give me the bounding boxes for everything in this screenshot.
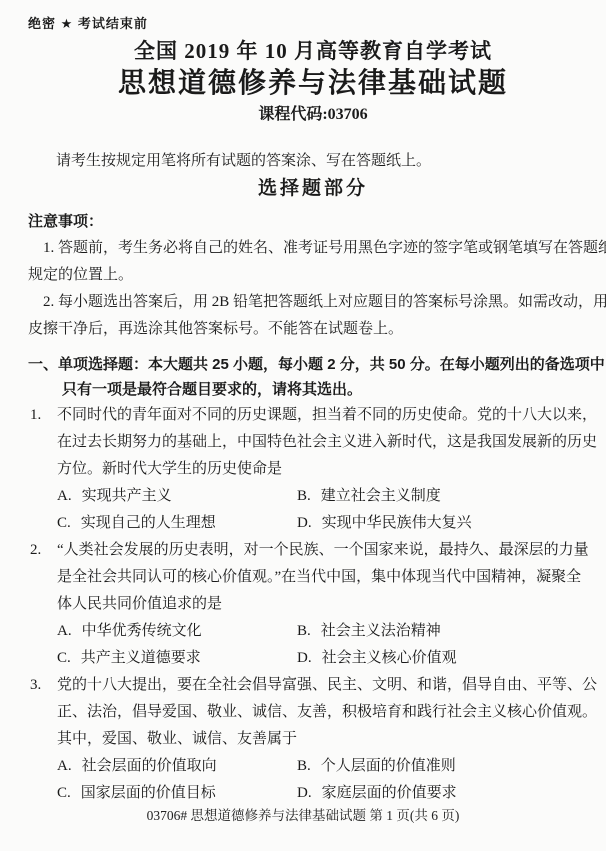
- question-1-line-3: 方位。新时代大学生的历史使命是: [28, 456, 598, 483]
- option-text: 实现自己的人生理想: [81, 515, 216, 531]
- question-1-option-B: B.建立社会主义制度: [297, 483, 441, 510]
- option-text: 共产主义道德要求: [81, 650, 201, 666]
- part-title: 选择题部分: [28, 176, 598, 202]
- notes-heading: 注意事项：: [28, 208, 598, 235]
- preamble-text: 请考生按规定用笔将所有试题的答案涂、写在答题纸上。: [28, 148, 598, 175]
- option-label: C.: [57, 515, 71, 531]
- note-2-line-2: 皮擦干净后，再选涂其他答案标号。不能答在试题卷上。: [28, 316, 598, 343]
- option-text: 国家层面的价值目标: [81, 785, 216, 801]
- question-3-text: 党的十八大提出，要在全社会倡导富强、民主、文明、和谐，倡导自由、平等、公: [57, 677, 597, 693]
- course-code: 课程代码:03706: [28, 104, 598, 126]
- exam-title: 全国 2019 年 10 月高等教育自学考试: [28, 38, 598, 64]
- question-1-option-D: D.实现中华民族伟大复兴: [297, 510, 472, 537]
- question-3-options-row-CD: C.国家层面的价值目标 D.家庭层面的价值要求: [28, 780, 598, 807]
- question-3-line-3: 其中，爱国、敬业、诚信、友善属于: [28, 726, 598, 753]
- option-label: A.: [57, 758, 72, 774]
- option-text: 家庭层面的价值要求: [322, 785, 457, 801]
- question-3-text: 正、法治，倡导爱国、敬业、诚信、友善，积极培育和践行社会主义核心价值观。: [57, 704, 597, 720]
- question-2-number: 2.: [30, 537, 41, 564]
- option-label: D.: [297, 785, 312, 801]
- question-2-text: 体人民共同价值追求的是: [57, 596, 222, 612]
- paper-title: 思想道德修养与法律基础试题: [28, 66, 598, 100]
- option-label: D.: [297, 515, 312, 531]
- note-1-line-1: 1. 答题前，考生务必将自己的姓名、准考证号用黑色字迹的签字笔或钢笔填写在答题纸: [28, 235, 598, 262]
- classification-banner: 绝密 ★ 考试结束前: [28, 16, 598, 31]
- question-2-option-B: B.社会主义法治精神: [297, 618, 441, 645]
- question-2-options-row-AB: A.中华优秀传统文化 B.社会主义法治精神: [28, 618, 598, 645]
- question-1-line-1: 1.不同时代的青年面对不同的历史课题，担当着不同的历史使命。党的十八大以来，: [28, 402, 598, 429]
- question-2-line-1: 2.“人类社会发展的历史表明，对一个民族、一个国家来说，最持久、最深层的力量: [28, 537, 598, 564]
- option-text: 社会主义核心价值观: [322, 650, 457, 666]
- option-label: B.: [297, 488, 311, 504]
- question-3-line-1: 3.党的十八大提出，要在全社会倡导富强、民主、文明、和谐，倡导自由、平等、公: [28, 672, 598, 699]
- question-1-line-2: 在过去长期努力的基础上，中国特色社会主义进入新时代，这是我国发展新的历史: [28, 429, 598, 456]
- option-label: B.: [297, 758, 311, 774]
- question-1-options-row-AB: A.实现共产主义 B.建立社会主义制度: [28, 483, 598, 510]
- question-2-option-D: D.社会主义核心价值观: [297, 645, 457, 672]
- question-2-line-2: 是全社会共同认可的核心价值观。”在当代中国，集中体现当代中国精神，凝聚全: [28, 564, 598, 591]
- question-1-number: 1.: [30, 402, 41, 429]
- question-3-option-B: B.个人层面的价值准则: [297, 753, 456, 780]
- option-text: 实现共产主义: [82, 488, 172, 504]
- question-2-text: 是全社会共同认可的核心价值观。”在当代中国，集中体现当代中国精神，凝聚全: [57, 569, 581, 585]
- question-3-number: 3.: [30, 672, 41, 699]
- question-1-options-row-CD: C.实现自己的人生理想 D.实现中华民族伟大复兴: [28, 510, 598, 537]
- question-2-option-A: A.中华优秀传统文化: [57, 618, 297, 645]
- question-2-text: “人类社会发展的历史表明，对一个民族、一个国家来说，最持久、最深层的力量: [57, 542, 589, 558]
- note-1-line-2: 规定的位置上。: [28, 262, 598, 289]
- option-text: 实现中华民族伟大复兴: [322, 515, 472, 531]
- section-one-heading-line-1: 一、单项选择题：本大题共 25 小题，每小题 2 分，共 50 分。在每小题列出…: [28, 352, 598, 377]
- option-text: 中华优秀传统文化: [82, 623, 202, 639]
- question-3-options-row-AB: A.社会层面的价值取向 B.个人层面的价值准则: [28, 753, 598, 780]
- question-1-text: 方位。新时代大学生的历史使命是: [57, 461, 282, 477]
- question-2-options-row-CD: C.共产主义道德要求 D.社会主义核心价值观: [28, 645, 598, 672]
- question-3-option-D: D.家庭层面的价值要求: [297, 780, 457, 807]
- question-1-option-A: A.实现共产主义: [57, 483, 297, 510]
- note-2-line-1: 2. 每小题选出答案后，用 2B 铅笔把答题纸上对应题目的答案标号涂黑。如需改动…: [28, 289, 598, 316]
- question-3-option-A: A.社会层面的价值取向: [57, 753, 297, 780]
- option-text: 个人层面的价值准则: [321, 758, 456, 774]
- option-text: 社会主义法治精神: [321, 623, 441, 639]
- question-1-text: 不同时代的青年面对不同的历史课题，担当着不同的历史使命。党的十八大以来，: [57, 407, 597, 423]
- option-text: 建立社会主义制度: [321, 488, 441, 504]
- question-1-option-C: C.实现自己的人生理想: [57, 510, 297, 537]
- option-text: 社会层面的价值取向: [82, 758, 217, 774]
- option-label: C.: [57, 650, 71, 666]
- question-2-option-C: C.共产主义道德要求: [57, 645, 297, 672]
- exam-paper-page: 绝密 ★ 考试结束前 全国 2019 年 10 月高等教育自学考试 思想道德修养…: [0, 0, 606, 851]
- option-label: A.: [57, 488, 72, 504]
- page-footer: 03706# 思想道德修养与法律基础试题 第 1 页(共 6 页): [0, 807, 606, 825]
- question-3-option-C: C.国家层面的价值目标: [57, 780, 297, 807]
- option-label: C.: [57, 785, 71, 801]
- question-3-text: 其中，爱国、敬业、诚信、友善属于: [57, 731, 297, 747]
- question-3-line-2: 正、法治，倡导爱国、敬业、诚信、友善，积极培育和践行社会主义核心价值观。: [28, 699, 598, 726]
- option-label: A.: [57, 623, 72, 639]
- section-one-heading-line-2: 只有一项是最符合题目要求的，请将其选出。: [28, 377, 598, 402]
- question-2-line-3: 体人民共同价值追求的是: [28, 591, 598, 618]
- question-1-text: 在过去长期努力的基础上，中国特色社会主义进入新时代，这是我国发展新的历史: [57, 434, 597, 450]
- option-label: B.: [297, 623, 311, 639]
- option-label: D.: [297, 650, 312, 666]
